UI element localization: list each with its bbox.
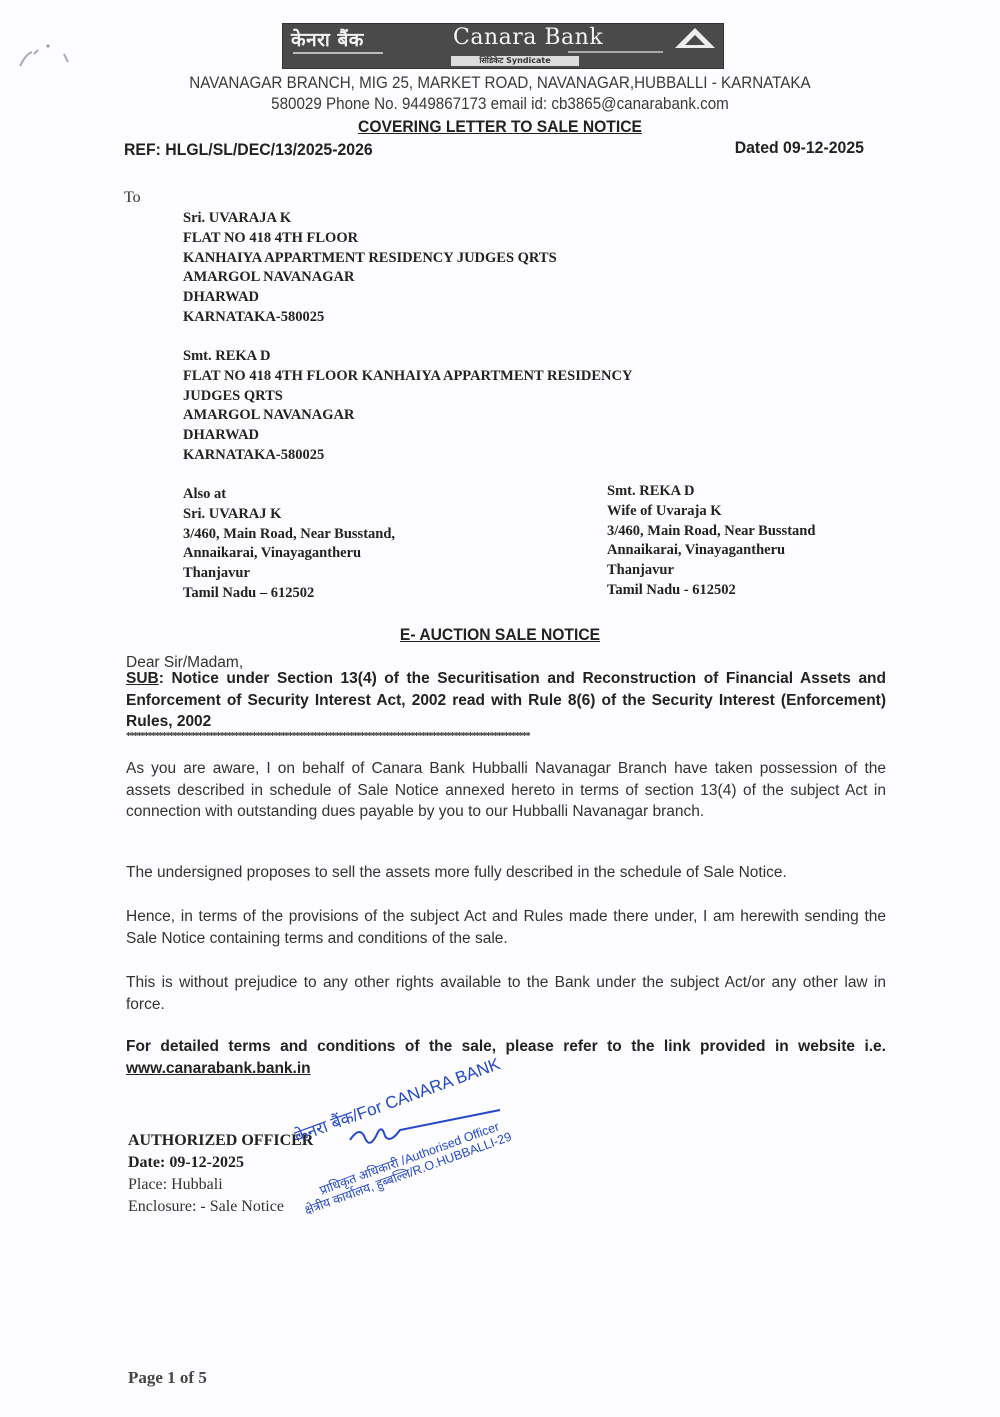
letter-page: केनरा बैंक Canara Bank सिंडिकेट Syndicat…	[0, 0, 1000, 1417]
stamp-line-office: क्षेत्रीय कार्यालय, हुब्बल्लि/R.O.HUBBAL…	[302, 1128, 514, 1219]
website-prefix: For detailed terms and conditions of the…	[126, 1038, 886, 1055]
address-line: AMARGOL NAVANAGAR	[183, 406, 632, 426]
logo-hindi-text: केनरा बैंक	[291, 26, 364, 52]
address-line: Thanjavur	[607, 561, 815, 581]
address-line: JUDGES QRTS	[183, 387, 632, 407]
paragraph-possession: As you are aware, I on behalf of Canara …	[126, 758, 886, 823]
scan-mark	[18, 38, 78, 68]
website-link[interactable]: www.canarabank.bank.in	[126, 1060, 311, 1077]
recipient-address-1: Sri. UVARAJA K FLAT NO 418 4TH FLOOR KAN…	[183, 209, 557, 328]
signature-date: Date: 09-12-2025	[128, 1152, 313, 1174]
address-line: Annaikarai, Vinayagantheru	[183, 544, 395, 564]
address-line: Also at	[183, 485, 395, 505]
address-line: DHARWAD	[183, 288, 557, 308]
address-line: Sri. UVARAJ K	[183, 505, 395, 525]
logo-name: Canara Bank	[453, 25, 603, 50]
letter-date: Dated 09-12-2025	[735, 138, 864, 158]
subject-line: SUB: Notice under Section 13(4) of the S…	[126, 668, 886, 733]
canara-triangle-inner	[685, 35, 705, 45]
signature-place: Place: Hubbali	[128, 1174, 313, 1196]
paragraph-proposal: The undersigned proposes to sell the ass…	[126, 862, 886, 884]
address-line: Smt. REKA D	[607, 482, 815, 502]
to-label: To	[124, 189, 141, 207]
canara-bank-logo: केनरा बैंक Canara Bank सिंडिकेट Syndicat…	[282, 23, 724, 69]
syndicate-badge: सिंडिकेट Syndicate	[451, 56, 579, 66]
signature-enclosure: Enclosure: - Sale Notice	[128, 1196, 313, 1218]
letter-title: COVERING LETTER TO SALE NOTICE	[40, 117, 960, 137]
address-line: Wife of Uvaraja K	[607, 502, 815, 522]
address-line: 3/460, Main Road, Near Busstand,	[183, 525, 395, 545]
page-number: Page 1 of 5	[128, 1368, 207, 1388]
logo-subtext	[568, 51, 663, 53]
reference-number: REF: HLGL/SL/DEC/13/2025-2026	[124, 140, 373, 160]
branch-address-line1: NAVANAGAR BRANCH, MIG 25, MARKET ROAD, N…	[40, 74, 960, 93]
address-line: Annaikarai, Vinayagantheru	[607, 541, 815, 561]
stamp-line-officer: प्राधिकृत अधिकारी /Authorised Officer	[317, 1118, 501, 1199]
address-line: KANHAIYA APPARTMENT RESIDENCY JUDGES QRT…	[183, 249, 557, 269]
address-line: Tamil Nadu - 612502	[607, 581, 815, 601]
signature-scribble-icon	[290, 1070, 590, 1230]
address-line: FLAT NO 418 4TH FLOOR KANHAIYA APPARTMEN…	[183, 367, 632, 387]
signature-block: AUTHORIZED OFFICER Date: 09-12-2025 Plac…	[128, 1130, 313, 1218]
address-line: Thanjavur	[183, 564, 395, 584]
branch-address-line2: 580029 Phone No. 9449867173 email id: cb…	[40, 95, 960, 114]
separator-line: ****************************************…	[126, 731, 822, 742]
recipient-address-2: Smt. REKA D FLAT NO 418 4TH FLOOR KANHAI…	[183, 347, 632, 466]
subject-label: SUB	[126, 670, 159, 687]
address-line: Smt. REKA D	[183, 347, 632, 367]
paragraph-prejudice: This is without prejudice to any other r…	[126, 972, 886, 1015]
notice-heading: E- AUCTION SALE NOTICE	[40, 625, 960, 645]
address-line: KARNATAKA-580025	[183, 446, 632, 466]
alternate-address-left: Also at Sri. UVARAJ K 3/460, Main Road, …	[183, 485, 395, 604]
subject-text: : Notice under Section 13(4) of the Secu…	[126, 670, 886, 730]
paragraph-sending: Hence, in terms of the provisions of the…	[126, 906, 886, 949]
alternate-address-right: Smt. REKA D Wife of Uvaraja K 3/460, Mai…	[607, 482, 815, 601]
address-line: DHARWAD	[183, 426, 632, 446]
paragraph-website: For detailed terms and conditions of the…	[126, 1036, 886, 1079]
official-stamp: केनरा बैंक/For CANARA BANK प्राधिकृत अधि…	[290, 1070, 590, 1230]
address-line: Sri. UVARAJA K	[183, 209, 557, 229]
address-line: KARNATAKA-580025	[183, 308, 557, 328]
logo-tagline	[293, 52, 383, 54]
signatory-title: AUTHORIZED OFFICER	[128, 1130, 313, 1152]
address-line: FLAT NO 418 4TH FLOOR	[183, 229, 557, 249]
address-line: 3/460, Main Road, Near Busstand	[607, 522, 815, 542]
address-line: AMARGOL NAVANAGAR	[183, 268, 557, 288]
address-line: Tamil Nadu – 612502	[183, 584, 395, 604]
